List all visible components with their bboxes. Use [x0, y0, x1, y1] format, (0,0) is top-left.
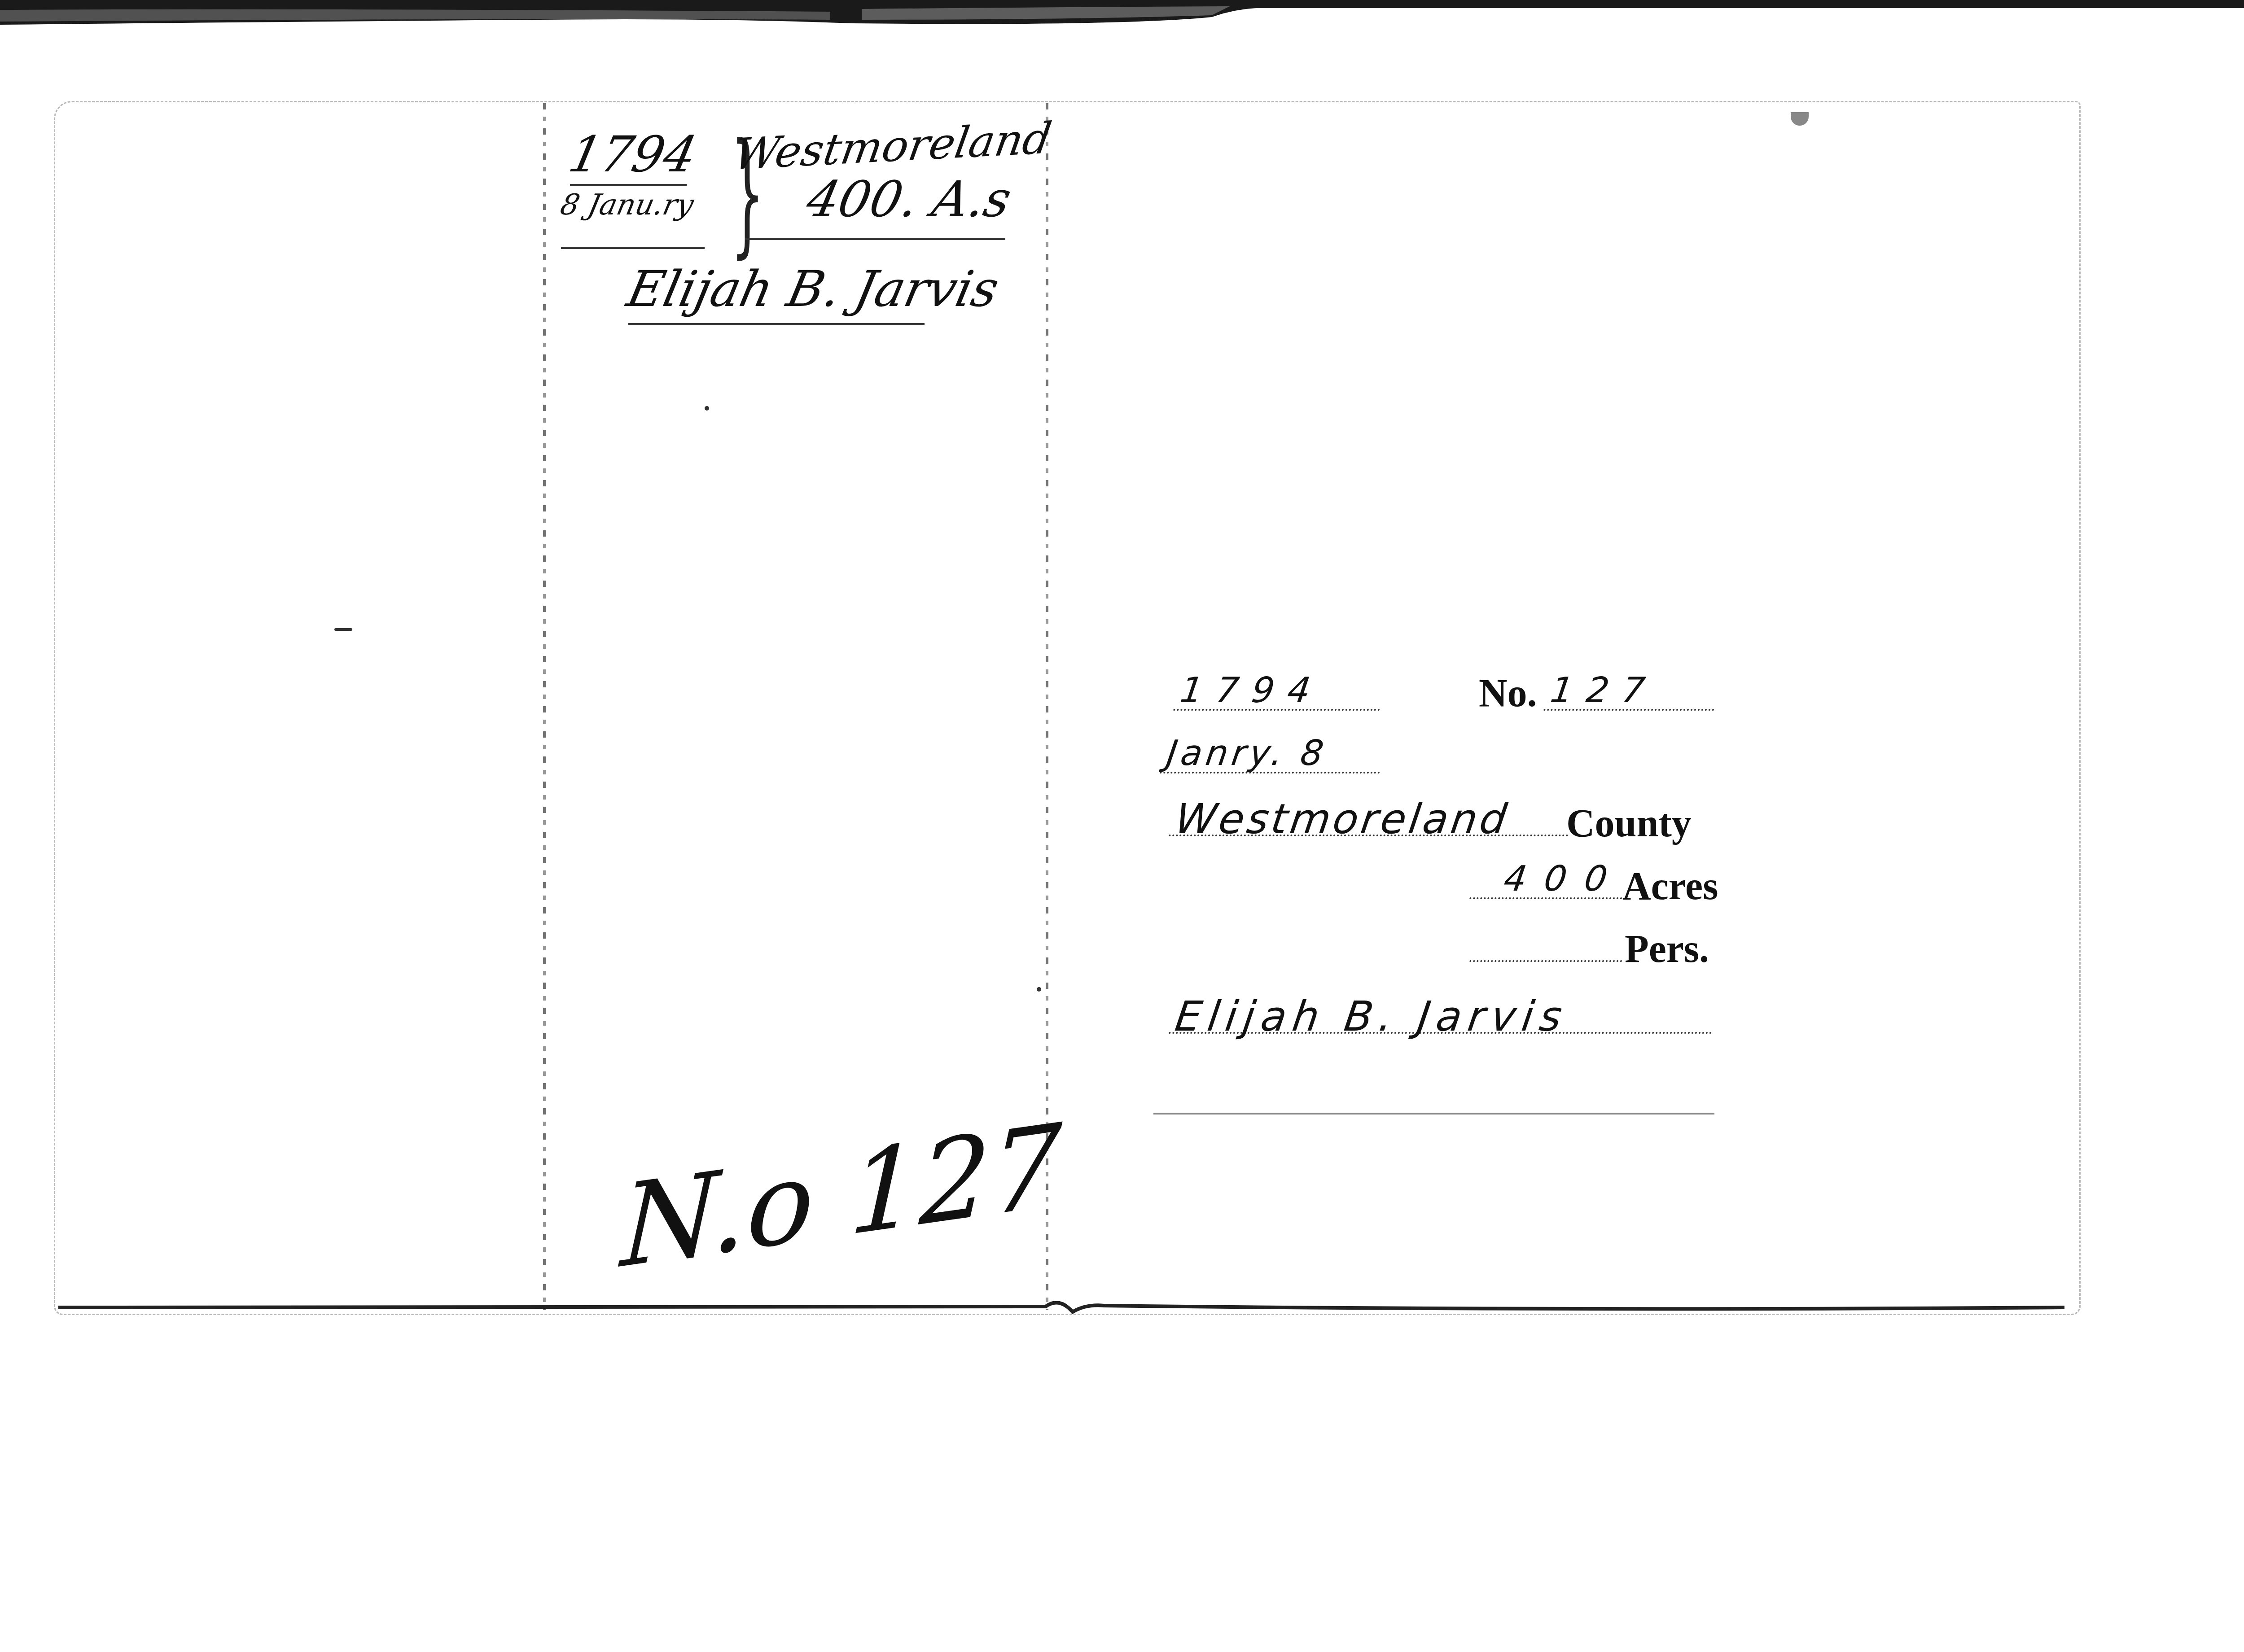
label-card: 1794 No. 127 Janry. 8 Westmoreland Count…	[1162, 664, 1714, 1077]
docket-rule	[745, 238, 1005, 240]
scanner-top-edge	[0, 0, 2244, 27]
card-number: 127	[1543, 673, 1719, 711]
fold-line-left	[543, 103, 546, 1310]
card-county-label: County	[1566, 804, 1692, 843]
ink-speck	[1037, 987, 1041, 992]
card-year: 1794	[1173, 673, 1385, 711]
card-pers-label: Pers.	[1625, 930, 1709, 969]
card-bottom-rule	[1153, 1113, 1714, 1114]
docket-year: 1794	[564, 126, 701, 183]
card-pers	[1469, 924, 1627, 962]
card-name: Elijah B. Jarvis	[1169, 996, 1717, 1034]
ink-speck	[705, 406, 709, 411]
docket-county: Westmoreland	[731, 113, 1055, 179]
docket-date: 8 Janu.ry	[557, 188, 697, 222]
docket-name: Elijah B. Jarvis	[622, 260, 1004, 318]
card-county: Westmoreland	[1169, 799, 1573, 836]
sheet-bottom-edge	[58, 1301, 2078, 1319]
docket-acres: 400. A.s	[802, 170, 1016, 228]
docket-rule	[570, 184, 687, 186]
document-sheet	[54, 101, 2081, 1315]
card-acres-label: Acres	[1622, 867, 1718, 906]
ink-speck	[334, 628, 352, 631]
docket-rule	[561, 247, 705, 249]
docket-rule	[628, 323, 925, 325]
card-date: Janry. 8	[1160, 736, 1385, 774]
card-acres: 400	[1469, 861, 1627, 899]
docket-panel: 1794 8 Janu.ry } Westmoreland 400. A.s E…	[557, 112, 1041, 337]
card-no-label: No.	[1479, 674, 1537, 713]
